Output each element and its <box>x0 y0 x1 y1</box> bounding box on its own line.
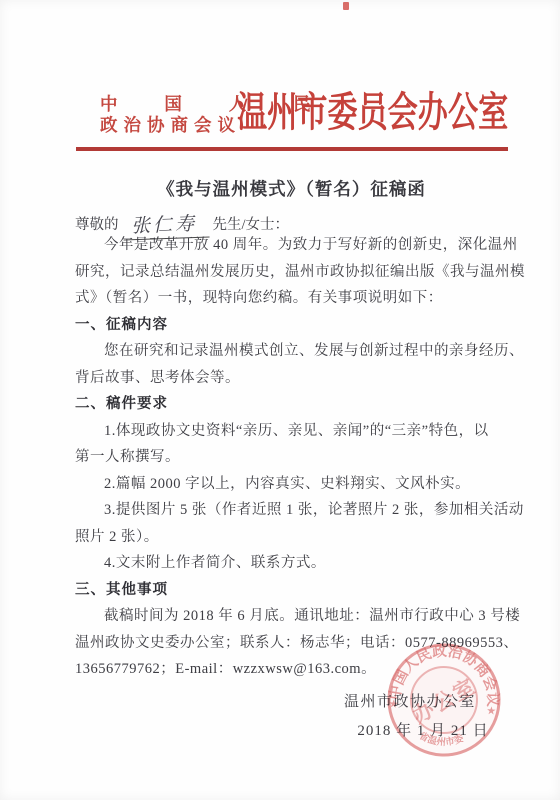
body-line: 今年是改革开放 40 周年。为致力于写好新的创新史，深化温州 <box>75 232 511 259</box>
section-heading: 二、稿件要求 <box>75 391 511 418</box>
body-line: 1.体现政协文史资料“亲历、亲见、亲闻”的“三亲”特色，以 <box>75 418 511 445</box>
letterhead-divider-rule <box>76 147 508 151</box>
body-line: 3.提供图片 5 张（作者近照 1 张，论著照片 2 张，参加相关活动 <box>75 497 511 524</box>
body-line: 第一人称撰写。 <box>75 444 511 471</box>
body-line: 您在研究和记录温州模式创立、发展与创新过程中的亲身经历、 <box>75 338 511 365</box>
letterhead-org-title: 温州市委员会办公室 <box>237 90 508 134</box>
body-line: 4.文末附上作者简介、联系方式。 <box>75 550 511 577</box>
section-heading: 一、征稿内容 <box>75 312 511 339</box>
seal-star-left-icon: ★ <box>388 698 399 711</box>
body-line: 研究，记录总结温州发展历史，温州市政协拟征编出版《我与温州模 <box>75 259 511 286</box>
body-line: 背后故事、思考体会等。 <box>75 365 511 392</box>
salutation-suffix: 先生/女士： <box>213 217 290 233</box>
body-line: 式》（暂名）一书，现特向您约稿。有关事项说明如下： <box>75 285 511 312</box>
body-line: 照片 2 张）。 <box>75 524 511 551</box>
document-title: 《我与温州模式》（暂名）征稿函 <box>75 176 508 201</box>
official-seal: 中国人民政治协商会议 浙江省温州市委员会 ★ ★ 办公室 <box>364 620 524 780</box>
scan-artifact-mark <box>343 2 349 10</box>
seal-star-right-icon: ★ <box>486 705 497 718</box>
body-line: 2.篇幅 2000 字以上，内容真实、史料翔实、文风朴实。 <box>75 471 511 498</box>
salutation-prefix: 尊敬的 <box>75 217 119 233</box>
section-heading: 三、其他事项 <box>75 577 511 604</box>
letter-page: 中 国 人 民 政治协商会议 温州市委员会办公室 《我与温州模式》（暂名）征稿函… <box>0 0 560 800</box>
body-lines: 今年是改革开放 40 周年。为致力于写好新的创新史，深化温州研究，记录总结温州发… <box>75 232 511 683</box>
